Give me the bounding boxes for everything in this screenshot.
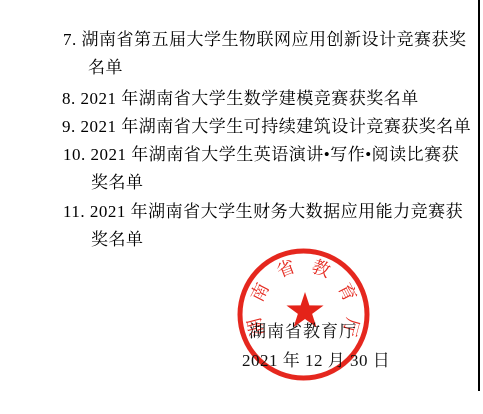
list-item-10-line1: 10. 2021 年湖南省大学生英语演讲•写作•阅读比赛获: [63, 146, 459, 164]
page-border-line: [478, 0, 480, 391]
signature-date: 2021 年 12 月 30 日: [242, 351, 390, 370]
list-item-8: 8. 2021 年湖南省大学生数学建模竞赛获奖名单: [62, 90, 419, 108]
signature-organization: 湖南省教育厅: [249, 323, 357, 341]
list-item-11-line2: 奖名单: [91, 231, 144, 249]
list-item-7-line2: 名单: [88, 59, 123, 77]
list-item-7-line1: 7. 湖南省第五届大学生物联网应用创新设计竞赛获奖: [63, 31, 467, 49]
list-item-10-line2: 奖名单: [91, 174, 144, 192]
svg-text:教: 教: [309, 256, 333, 281]
document-page: 7. 湖南省第五届大学生物联网应用创新设计竞赛获奖 名单 8. 2021 年湖南…: [0, 0, 483, 414]
svg-text:省: 省: [274, 256, 298, 281]
list-item-11-line1: 11. 2021 年湖南省大学生财务大数据应用能力竞赛获: [63, 203, 463, 221]
list-item-9: 9. 2021 年湖南省大学生可持续建筑设计竞赛获奖名单: [62, 118, 471, 136]
